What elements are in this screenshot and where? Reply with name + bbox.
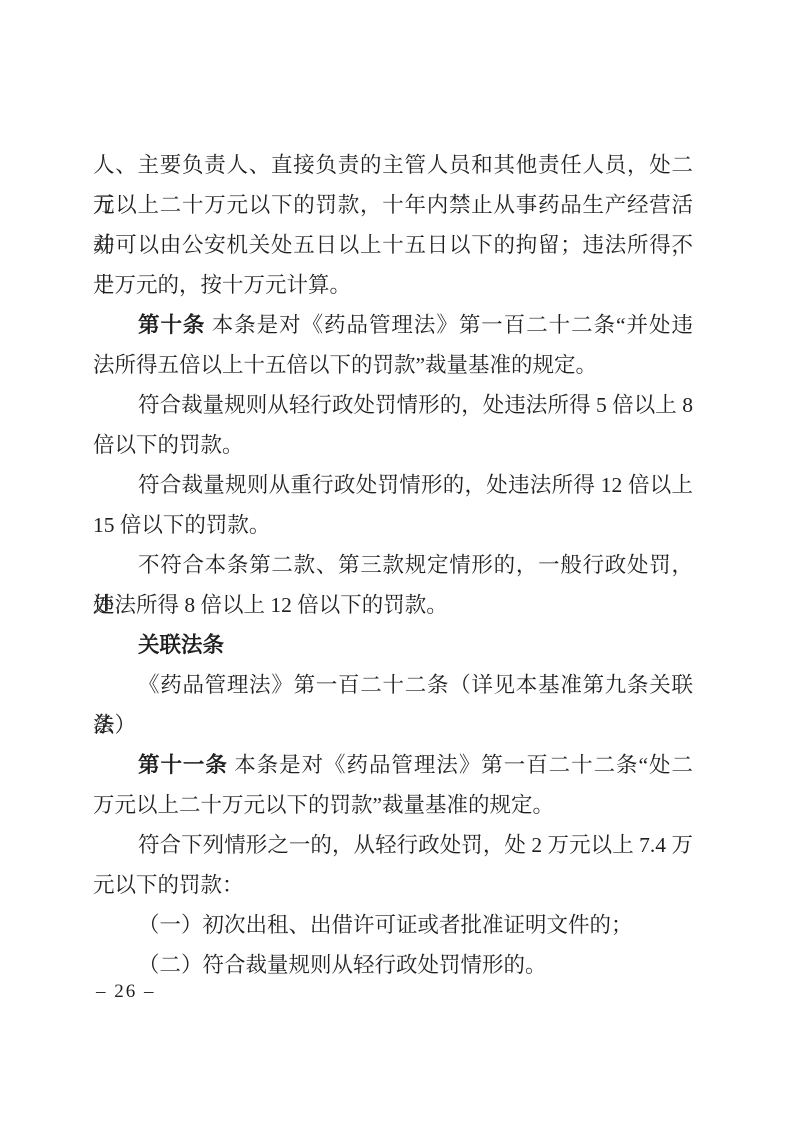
text-line: 符合裁量规则从轻行政处罚情形的，处违法所得 5 倍以上 8: [93, 385, 693, 425]
text-run: 十万元的，按十万元计算。: [93, 273, 351, 297]
text-line: 倍以下的罚款。: [93, 425, 693, 465]
text-run: 符合裁量规则从轻行政处罚情形的，处违法所得 5 倍以上 8: [138, 393, 693, 417]
text-line: 第十条 本条是对《药品管理法》第一百二十二条“并处违: [93, 305, 693, 345]
text-run: 符合裁量规则从重行政处罚情形的，处违法所得 12 倍以上: [138, 473, 693, 497]
text-line: 条）: [93, 705, 693, 745]
text-line: 元以下的罚款：: [93, 865, 693, 905]
bold-text-run: 关联法条: [138, 633, 224, 657]
text-line: 违法所得 8 倍以上 12 倍以下的罚款。: [93, 585, 693, 625]
document-page: 人、主要负责人、直接负责的主管人员和其他责任人员，处二万元以上二十万元以下的罚款…: [0, 0, 793, 1122]
text-line: 人、主要负责人、直接负责的主管人员和其他责任人员，处二万: [93, 145, 693, 185]
text-run: 本条是对《药品管理法》第一百二十二条“并处违: [205, 313, 693, 337]
text-run: 万元以上二十万元以下的罚款”裁量基准的规定。: [93, 793, 554, 817]
text-line: 并可以由公安机关处五日以上十五日以下的拘留；违法所得不足: [93, 225, 693, 265]
text-run: 倍以下的罚款。: [93, 433, 244, 457]
bold-text-run: 第十一条: [138, 753, 228, 777]
text-line: （一）初次出租、出借许可证或者批准证明文件的；: [93, 905, 693, 945]
text-run: 15 倍以下的罚款。: [93, 513, 270, 537]
text-line: 法所得五倍以上十五倍以下的罚款”裁量基准的规定。: [93, 345, 693, 385]
text-line: 符合下列情形之一的，从轻行政处罚，处 2 万元以上 7.4 万: [93, 825, 693, 865]
text-run: 条）: [93, 713, 136, 737]
text-run: 法所得五倍以上十五倍以下的罚款”裁量基准的规定。: [93, 353, 597, 377]
text-run: （一）初次出租、出借许可证或者批准证明文件的；: [138, 913, 633, 937]
text-line: 第十一条 本条是对《药品管理法》第一百二十二条“处二: [93, 745, 693, 785]
text-line: 不符合本条第二款、第三款规定情形的，一般行政处罚，处: [93, 545, 693, 585]
text-line: 万元以上二十万元以下的罚款”裁量基准的规定。: [93, 785, 693, 825]
text-line: 《药品管理法》第一百二十二条（详见本基准第九条关联法: [93, 665, 693, 705]
text-line: 关联法条: [93, 625, 693, 665]
text-run: 符合下列情形之一的，从轻行政处罚，处 2 万元以上 7.4 万: [138, 833, 693, 857]
text-run: 本条是对《药品管理法》第一百二十二条“处二: [228, 753, 693, 777]
text-line: 十万元的，按十万元计算。: [93, 265, 693, 305]
text-line: 符合裁量规则从重行政处罚情形的，处违法所得 12 倍以上: [93, 465, 693, 505]
text-run: （二）符合裁量规则从轻行政处罚情形的。: [138, 953, 547, 977]
page-number: – 26 –: [96, 981, 156, 1003]
text-run: 违法所得 8 倍以上 12 倍以下的罚款。: [93, 593, 448, 617]
text-block: 人、主要负责人、直接负责的主管人员和其他责任人员，处二万元以上二十万元以下的罚款…: [93, 145, 693, 985]
text-line: 元以上二十万元以下的罚款，十年内禁止从事药品生产经营活动，: [93, 185, 693, 225]
text-run: 元以下的罚款：: [93, 873, 244, 897]
text-line: （二）符合裁量规则从轻行政处罚情形的。: [93, 945, 693, 985]
bold-text-run: 第十条: [138, 313, 205, 337]
text-line: 15 倍以下的罚款。: [93, 505, 693, 545]
